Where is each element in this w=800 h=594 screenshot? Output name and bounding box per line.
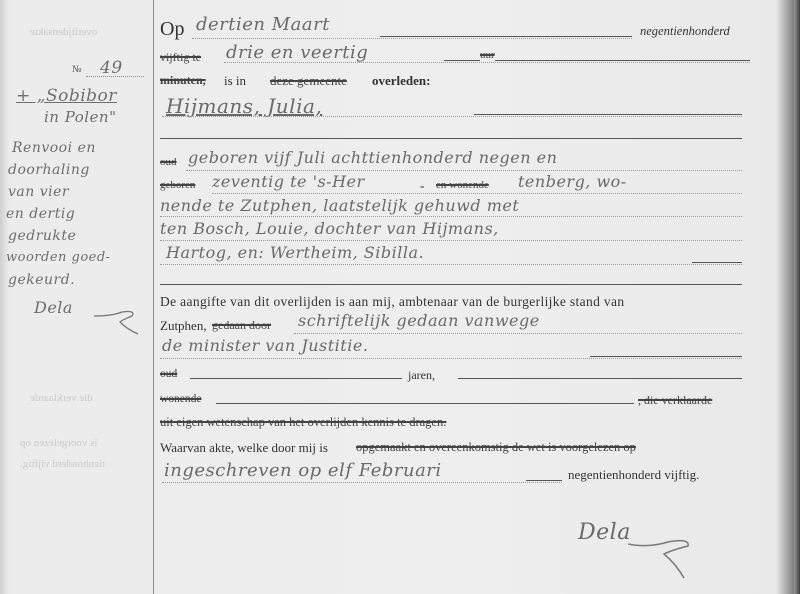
struck-age-label: oud (160, 156, 177, 168)
declarant-handwritten-1: schriftelijk gedaan vanwege (298, 311, 540, 330)
renvooi-line: gedrukte (8, 228, 76, 244)
fill-line (160, 358, 742, 359)
fill-stroke (380, 36, 632, 37)
struck-fill (216, 403, 634, 404)
fill-stroke (590, 356, 742, 357)
fill-line (294, 333, 742, 334)
closing-text: Waarvan akte, welke door mij is (160, 440, 328, 456)
deceased-label: overleden: (372, 73, 430, 89)
is-in-text: is in (224, 73, 246, 89)
struck-minutes: minuten, (160, 73, 206, 88)
fill-stroke (526, 480, 562, 481)
declarant-handwritten-2: de minister van Justitie. (162, 336, 368, 355)
fill-line (162, 116, 742, 117)
page-binding-edge (794, 0, 800, 594)
struck-residing-label: en wonende (436, 179, 489, 191)
bleed-through-text: tienhonderd vijftig. (20, 458, 105, 470)
registration-form: Op dertien Maart negentienhonderd vijfti… (158, 0, 758, 594)
struck-year-text: vijftig te (160, 50, 201, 65)
renvooi-line: gekeurd. (8, 272, 75, 288)
op-label: Op (160, 18, 184, 41)
fill-line (212, 193, 742, 194)
renvooi-line: doorhaling (8, 162, 90, 178)
death-place-note-line1: + „Sobibor (16, 86, 117, 106)
registration-year-text: negentienhonderd vijftig. (568, 467, 699, 483)
mother-name-line: Hartog, en: Wertheim, Sibilla. (166, 243, 424, 262)
fill-line (160, 264, 742, 265)
fill-line (192, 38, 632, 39)
bleed-through-text: die verklaarde (30, 392, 93, 404)
century-label: negentienhonderd (640, 24, 730, 39)
struck-read-aloud-clause: opgemaakt en overeenkomstig de wet is vo… (356, 440, 636, 455)
fill-stroke (160, 138, 742, 139)
death-place-note-line2: in Polen" (44, 108, 116, 126)
bleed-through-text: overlijdensakte (30, 26, 97, 38)
fill-line (160, 240, 742, 241)
initials-flourish-icon (92, 300, 142, 336)
renvooi-line: en dertig (6, 206, 75, 222)
years-label: jaren, (408, 368, 435, 383)
record-number-label: № (72, 64, 82, 75)
document-page: overlijdensakte die verklaarde is voorge… (0, 0, 800, 594)
registrar-signature: Dela (578, 520, 631, 545)
struck-hour-text: uur (480, 49, 495, 61)
registration-date-handwritten: ingeschreven op elf Februari (164, 460, 442, 481)
struck-fill (458, 378, 742, 379)
struck-fill (190, 378, 402, 379)
fill-line (224, 62, 750, 63)
death-date-handwritten: dertien Maart (196, 14, 330, 35)
section-separator (160, 284, 742, 285)
birth-details-line2: zeventig te 's-Her (212, 172, 365, 191)
struck-residing-field: wonende (160, 393, 202, 405)
struck-made-by: gedaan door (212, 318, 271, 333)
renvooi-line: woorden goed- (6, 250, 111, 265)
record-number-value: 49 (100, 58, 123, 78)
residence-spouse-line: nende te Zutphen, laatstelijk gehuwd met (160, 196, 519, 215)
struck-declared: , die verklaarde (638, 393, 712, 408)
fill-stroke (474, 114, 742, 115)
deceased-name: Hijmans, Julia, (166, 94, 322, 118)
fill-line (186, 170, 742, 171)
margin-initials: Dela (34, 298, 73, 317)
margin-column: overlijdensakte die verklaarde is voorge… (0, 0, 152, 594)
struck-knowledge-clause: uit eigen wetenschap van het overlijden … (160, 415, 446, 430)
hyphen-text: - (420, 178, 425, 194)
fill-stroke (692, 262, 742, 263)
spouse-parents-line: ten Bosch, Louie, dochter van Hijmans, (160, 219, 499, 238)
signature-flourish-icon (628, 528, 698, 588)
birth-details-line2b: tenberg, wo- (518, 172, 627, 191)
fill-line (160, 216, 742, 217)
struck-municipality: deze gemeente (270, 73, 347, 89)
renvooi-line: Renvooi en (12, 140, 96, 156)
bleed-through-text: is voorgelezen op (20, 437, 97, 449)
death-year-handwritten: drie en veertig (226, 42, 368, 63)
birth-details-line1: geboren vijf Juli achttienhonderd negen … (188, 148, 557, 167)
declaration-text: De aangifte van dit overlijden is aan mi… (160, 294, 624, 310)
margin-divider (153, 0, 154, 594)
renvooi-line: van vier (8, 184, 69, 200)
struck-age-field: oud (160, 368, 177, 380)
struck-born-label: geboren (160, 179, 195, 191)
fill-line (162, 482, 562, 483)
municipality-text: Zutphen, (160, 318, 207, 334)
